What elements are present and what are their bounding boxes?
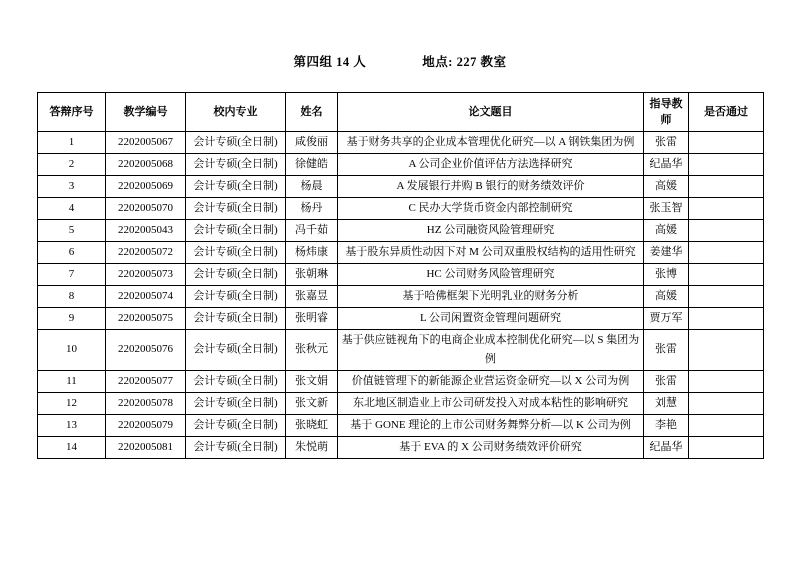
table-row: 72202005073会计专硕(全日制)张朝琳HC 公司财务风险管理研究张博 — [38, 264, 764, 286]
table-row: 82202005074会计专硕(全日制)张嘉昱基于哈佛框架下光明乳业的财务分析高… — [38, 286, 764, 308]
cell-advisor: 纪晶华 — [644, 436, 689, 458]
table-row: 132202005079会计专硕(全日制)张晓虹基于 GONE 理论的上市公司财… — [38, 414, 764, 436]
cell-passed — [689, 132, 764, 154]
column-header-advisor: 指导教师 — [644, 93, 689, 132]
table-row: 112202005077会计专硕(全日制)张文娟价值链管理下的新能源企业营运资金… — [38, 370, 764, 392]
cell-advisor: 姜建华 — [644, 242, 689, 264]
cell-seq: 14 — [38, 436, 106, 458]
cell-major: 会计专硕(全日制) — [186, 220, 286, 242]
cell-seq: 12 — [38, 392, 106, 414]
table-row: 52202005043会计专硕(全日制)冯千茹HZ 公司融资风险管理研究高媛 — [38, 220, 764, 242]
cell-major: 会计专硕(全日制) — [186, 154, 286, 176]
cell-advisor: 张雷 — [644, 132, 689, 154]
cell-id: 2202005070 — [106, 198, 186, 220]
cell-passed — [689, 264, 764, 286]
cell-advisor: 刘慧 — [644, 392, 689, 414]
cell-thesis: 基于供应链视角下的电商企业成本控制优化研究—以 S 集团为例 — [338, 330, 644, 371]
cell-passed — [689, 242, 764, 264]
cell-major: 会计专硕(全日制) — [186, 414, 286, 436]
cell-thesis: 基于 EVA 的 X 公司财务绩效评价研究 — [338, 436, 644, 458]
cell-name: 杨晨 — [286, 176, 338, 198]
cell-thesis: HC 公司财务风险管理研究 — [338, 264, 644, 286]
cell-id: 2202005078 — [106, 392, 186, 414]
cell-advisor: 李艳 — [644, 414, 689, 436]
column-header-seq: 答辩序号 — [38, 93, 106, 132]
cell-id: 2202005069 — [106, 176, 186, 198]
cell-seq: 8 — [38, 286, 106, 308]
cell-passed — [689, 220, 764, 242]
cell-seq: 4 — [38, 198, 106, 220]
cell-seq: 1 — [38, 132, 106, 154]
cell-advisor: 张雷 — [644, 370, 689, 392]
cell-name: 张嘉昱 — [286, 286, 338, 308]
table-row: 32202005069会计专硕(全日制)杨晨A 发展银行并购 B 银行的财务绩效… — [38, 176, 764, 198]
cell-major: 会计专硕(全日制) — [186, 370, 286, 392]
cell-id: 2202005068 — [106, 154, 186, 176]
cell-id: 2202005043 — [106, 220, 186, 242]
cell-id: 2202005079 — [106, 414, 186, 436]
cell-thesis: 价值链管理下的新能源企业营运资金研究—以 X 公司为例 — [338, 370, 644, 392]
cell-name: 张文娟 — [286, 370, 338, 392]
cell-seq: 5 — [38, 220, 106, 242]
cell-thesis: 基于哈佛框架下光明乳业的财务分析 — [338, 286, 644, 308]
cell-advisor: 张玉智 — [644, 198, 689, 220]
cell-passed — [689, 392, 764, 414]
cell-major: 会计专硕(全日制) — [186, 198, 286, 220]
cell-major: 会计专硕(全日制) — [186, 436, 286, 458]
cell-advisor: 贾万军 — [644, 308, 689, 330]
group-title: 第四组 14 人 — [294, 55, 367, 69]
cell-seq: 6 — [38, 242, 106, 264]
column-header-passed: 是否通过 — [689, 93, 764, 132]
cell-name: 冯千茹 — [286, 220, 338, 242]
cell-seq: 3 — [38, 176, 106, 198]
cell-major: 会计专硕(全日制) — [186, 308, 286, 330]
cell-name: 杨丹 — [286, 198, 338, 220]
cell-name: 杨炜康 — [286, 242, 338, 264]
cell-major: 会计专硕(全日制) — [186, 242, 286, 264]
cell-major: 会计专硕(全日制) — [186, 176, 286, 198]
cell-seq: 10 — [38, 330, 106, 371]
cell-passed — [689, 286, 764, 308]
cell-passed — [689, 308, 764, 330]
cell-passed — [689, 370, 764, 392]
table-row: 102202005076会计专硕(全日制)张秋元基于供应链视角下的电商企业成本控… — [38, 330, 764, 371]
document-page: 第四组 14 人地点: 227 教室 答辩序号教学编号校内专业姓名论文题目指导教… — [0, 0, 800, 565]
cell-name: 张秋元 — [286, 330, 338, 371]
cell-advisor: 高媛 — [644, 220, 689, 242]
cell-name: 张晓虹 — [286, 414, 338, 436]
cell-thesis: 基于 GONE 理论的上市公司财务舞弊分析—以 K 公司为例 — [338, 414, 644, 436]
cell-id: 2202005076 — [106, 330, 186, 371]
cell-advisor: 高媛 — [644, 286, 689, 308]
column-header-thesis: 论文题目 — [338, 93, 644, 132]
cell-name: 张文新 — [286, 392, 338, 414]
table-row: 122202005078会计专硕(全日制)张文新东北地区制造业上市公司研发投入对… — [38, 392, 764, 414]
cell-thesis: A 公司企业价值评估方法选择研究 — [338, 154, 644, 176]
column-header-id: 教学编号 — [106, 93, 186, 132]
cell-thesis: 东北地区制造业上市公司研发投入对成本粘性的影响研究 — [338, 392, 644, 414]
table-row: 92202005075会计专硕(全日制)张明睿L 公司闲置资金管理问题研究贾万军 — [38, 308, 764, 330]
cell-seq: 11 — [38, 370, 106, 392]
cell-passed — [689, 436, 764, 458]
cell-id: 2202005074 — [106, 286, 186, 308]
cell-advisor: 张博 — [644, 264, 689, 286]
cell-major: 会计专硕(全日制) — [186, 132, 286, 154]
cell-id: 2202005077 — [106, 370, 186, 392]
cell-advisor: 张雷 — [644, 330, 689, 371]
table-row: 12202005067会计专硕(全日制)咸俊丽基于财务共享的企业成本管理优化研究… — [38, 132, 764, 154]
location-title: 地点: 227 教室 — [422, 55, 506, 69]
cell-thesis: C 民办大学货币资金内部控制研究 — [338, 198, 644, 220]
cell-seq: 7 — [38, 264, 106, 286]
table-row: 22202005068会计专硕(全日制)徐健皓A 公司企业价值评估方法选择研究纪… — [38, 154, 764, 176]
cell-major: 会计专硕(全日制) — [186, 330, 286, 371]
cell-major: 会计专硕(全日制) — [186, 392, 286, 414]
cell-name: 咸俊丽 — [286, 132, 338, 154]
cell-thesis: L 公司闲置资金管理问题研究 — [338, 308, 644, 330]
table-row: 142202005081会计专硕(全日制)朱悦萌基于 EVA 的 X 公司财务绩… — [38, 436, 764, 458]
cell-seq: 9 — [38, 308, 106, 330]
column-header-major: 校内专业 — [186, 93, 286, 132]
cell-name: 张朝琳 — [286, 264, 338, 286]
page-title: 第四组 14 人地点: 227 教室 — [0, 52, 800, 70]
cell-name: 张明睿 — [286, 308, 338, 330]
cell-major: 会计专硕(全日制) — [186, 286, 286, 308]
cell-advisor: 高媛 — [644, 176, 689, 198]
cell-thesis: HZ 公司融资风险管理研究 — [338, 220, 644, 242]
cell-name: 徐健皓 — [286, 154, 338, 176]
table-row: 42202005070会计专硕(全日制)杨丹C 民办大学货币资金内部控制研究张玉… — [38, 198, 764, 220]
table-body: 12202005067会计专硕(全日制)咸俊丽基于财务共享的企业成本管理优化研究… — [38, 132, 764, 459]
cell-advisor: 纪晶华 — [644, 154, 689, 176]
cell-passed — [689, 330, 764, 371]
cell-passed — [689, 414, 764, 436]
cell-id: 2202005081 — [106, 436, 186, 458]
cell-passed — [689, 198, 764, 220]
cell-name: 朱悦萌 — [286, 436, 338, 458]
column-header-name: 姓名 — [286, 93, 338, 132]
cell-thesis: A 发展银行并购 B 银行的财务绩效评价 — [338, 176, 644, 198]
cell-id: 2202005072 — [106, 242, 186, 264]
cell-major: 会计专硕(全日制) — [186, 264, 286, 286]
cell-id: 2202005075 — [106, 308, 186, 330]
table-header-row: 答辩序号教学编号校内专业姓名论文题目指导教师是否通过 — [38, 93, 764, 132]
cell-seq: 13 — [38, 414, 106, 436]
cell-id: 2202005067 — [106, 132, 186, 154]
cell-thesis: 基于股东异质性动因下对 M 公司双重股权结构的适用性研究 — [338, 242, 644, 264]
defense-schedule-table: 答辩序号教学编号校内专业姓名论文题目指导教师是否通过 12202005067会计… — [37, 92, 764, 459]
cell-id: 2202005073 — [106, 264, 186, 286]
table-row: 62202005072会计专硕(全日制)杨炜康基于股东异质性动因下对 M 公司双… — [38, 242, 764, 264]
cell-passed — [689, 154, 764, 176]
cell-seq: 2 — [38, 154, 106, 176]
cell-thesis: 基于财务共享的企业成本管理优化研究—以 A 钢铁集团为例 — [338, 132, 644, 154]
cell-passed — [689, 176, 764, 198]
